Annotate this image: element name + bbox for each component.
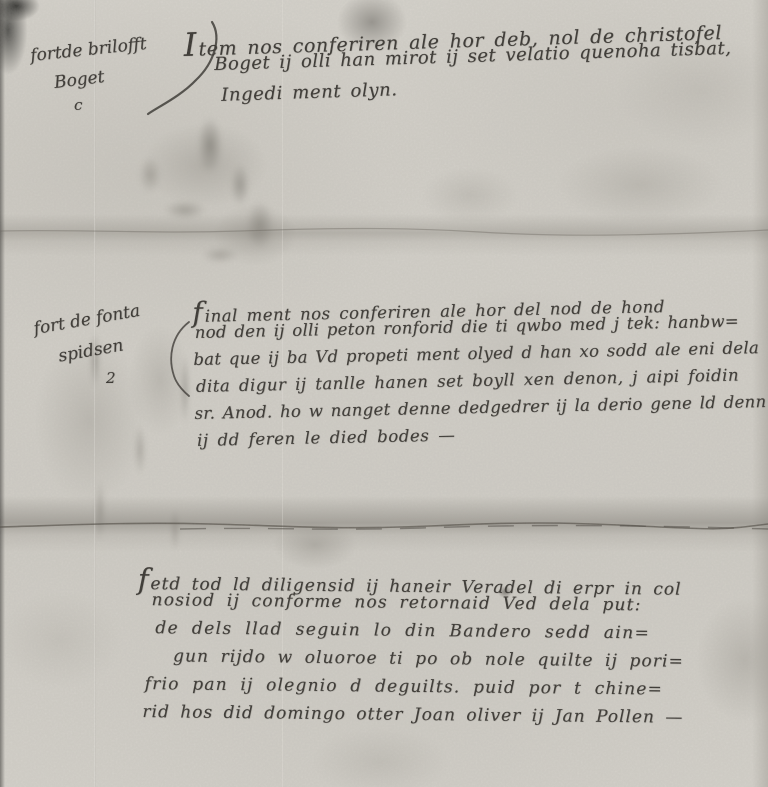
handwriting-line: Ingedi ment olyn. (221, 79, 398, 106)
handwriting-line: bat que ij ba Vd propeti ment olyed d ha… (193, 338, 759, 369)
ink-bleedthrough-upper (90, 115, 310, 295)
scan-edge-left (0, 0, 5, 787)
manuscript-page: fortde brilofft Boget c Item nos conferi… (0, 0, 768, 787)
handwriting-line: dita digur ij tanlle hanen set boyll xen… (196, 366, 740, 396)
margin-note-line: fort de fonta (32, 301, 142, 339)
handwriting-line: frio pan ij olegnio d deguilts. puid por… (145, 674, 663, 699)
horizontal-fold-lower (0, 496, 768, 552)
handwriting-line: ij dd feren le died bodes — (197, 426, 456, 450)
margin-note-line: spidsen (57, 335, 125, 366)
brace-flourish-icon (160, 318, 192, 400)
handwriting-line: nosiod ij conforme nos retornaid Ved del… (151, 590, 641, 615)
handwriting-line: sr. Anod. ho w nanget denne dedgedrer ij… (194, 392, 766, 423)
margin-note-line: fortde brilofft (29, 34, 147, 66)
vertical-fold-left (94, 0, 96, 787)
handwriting-line: rid hos did domingo otter Joan oliver ij… (142, 702, 683, 728)
margin-note-line: 2 (106, 369, 116, 387)
handwriting-line: de dels llad seguin lo din Bandero sedd … (155, 618, 650, 643)
handwriting-line: gun rijdo w oluoroe ti po ob nole quilte… (173, 646, 684, 671)
margin-note-line: c (74, 96, 82, 114)
horizontal-fold-upper (0, 214, 768, 256)
margin-note-line: Boget (53, 67, 106, 93)
